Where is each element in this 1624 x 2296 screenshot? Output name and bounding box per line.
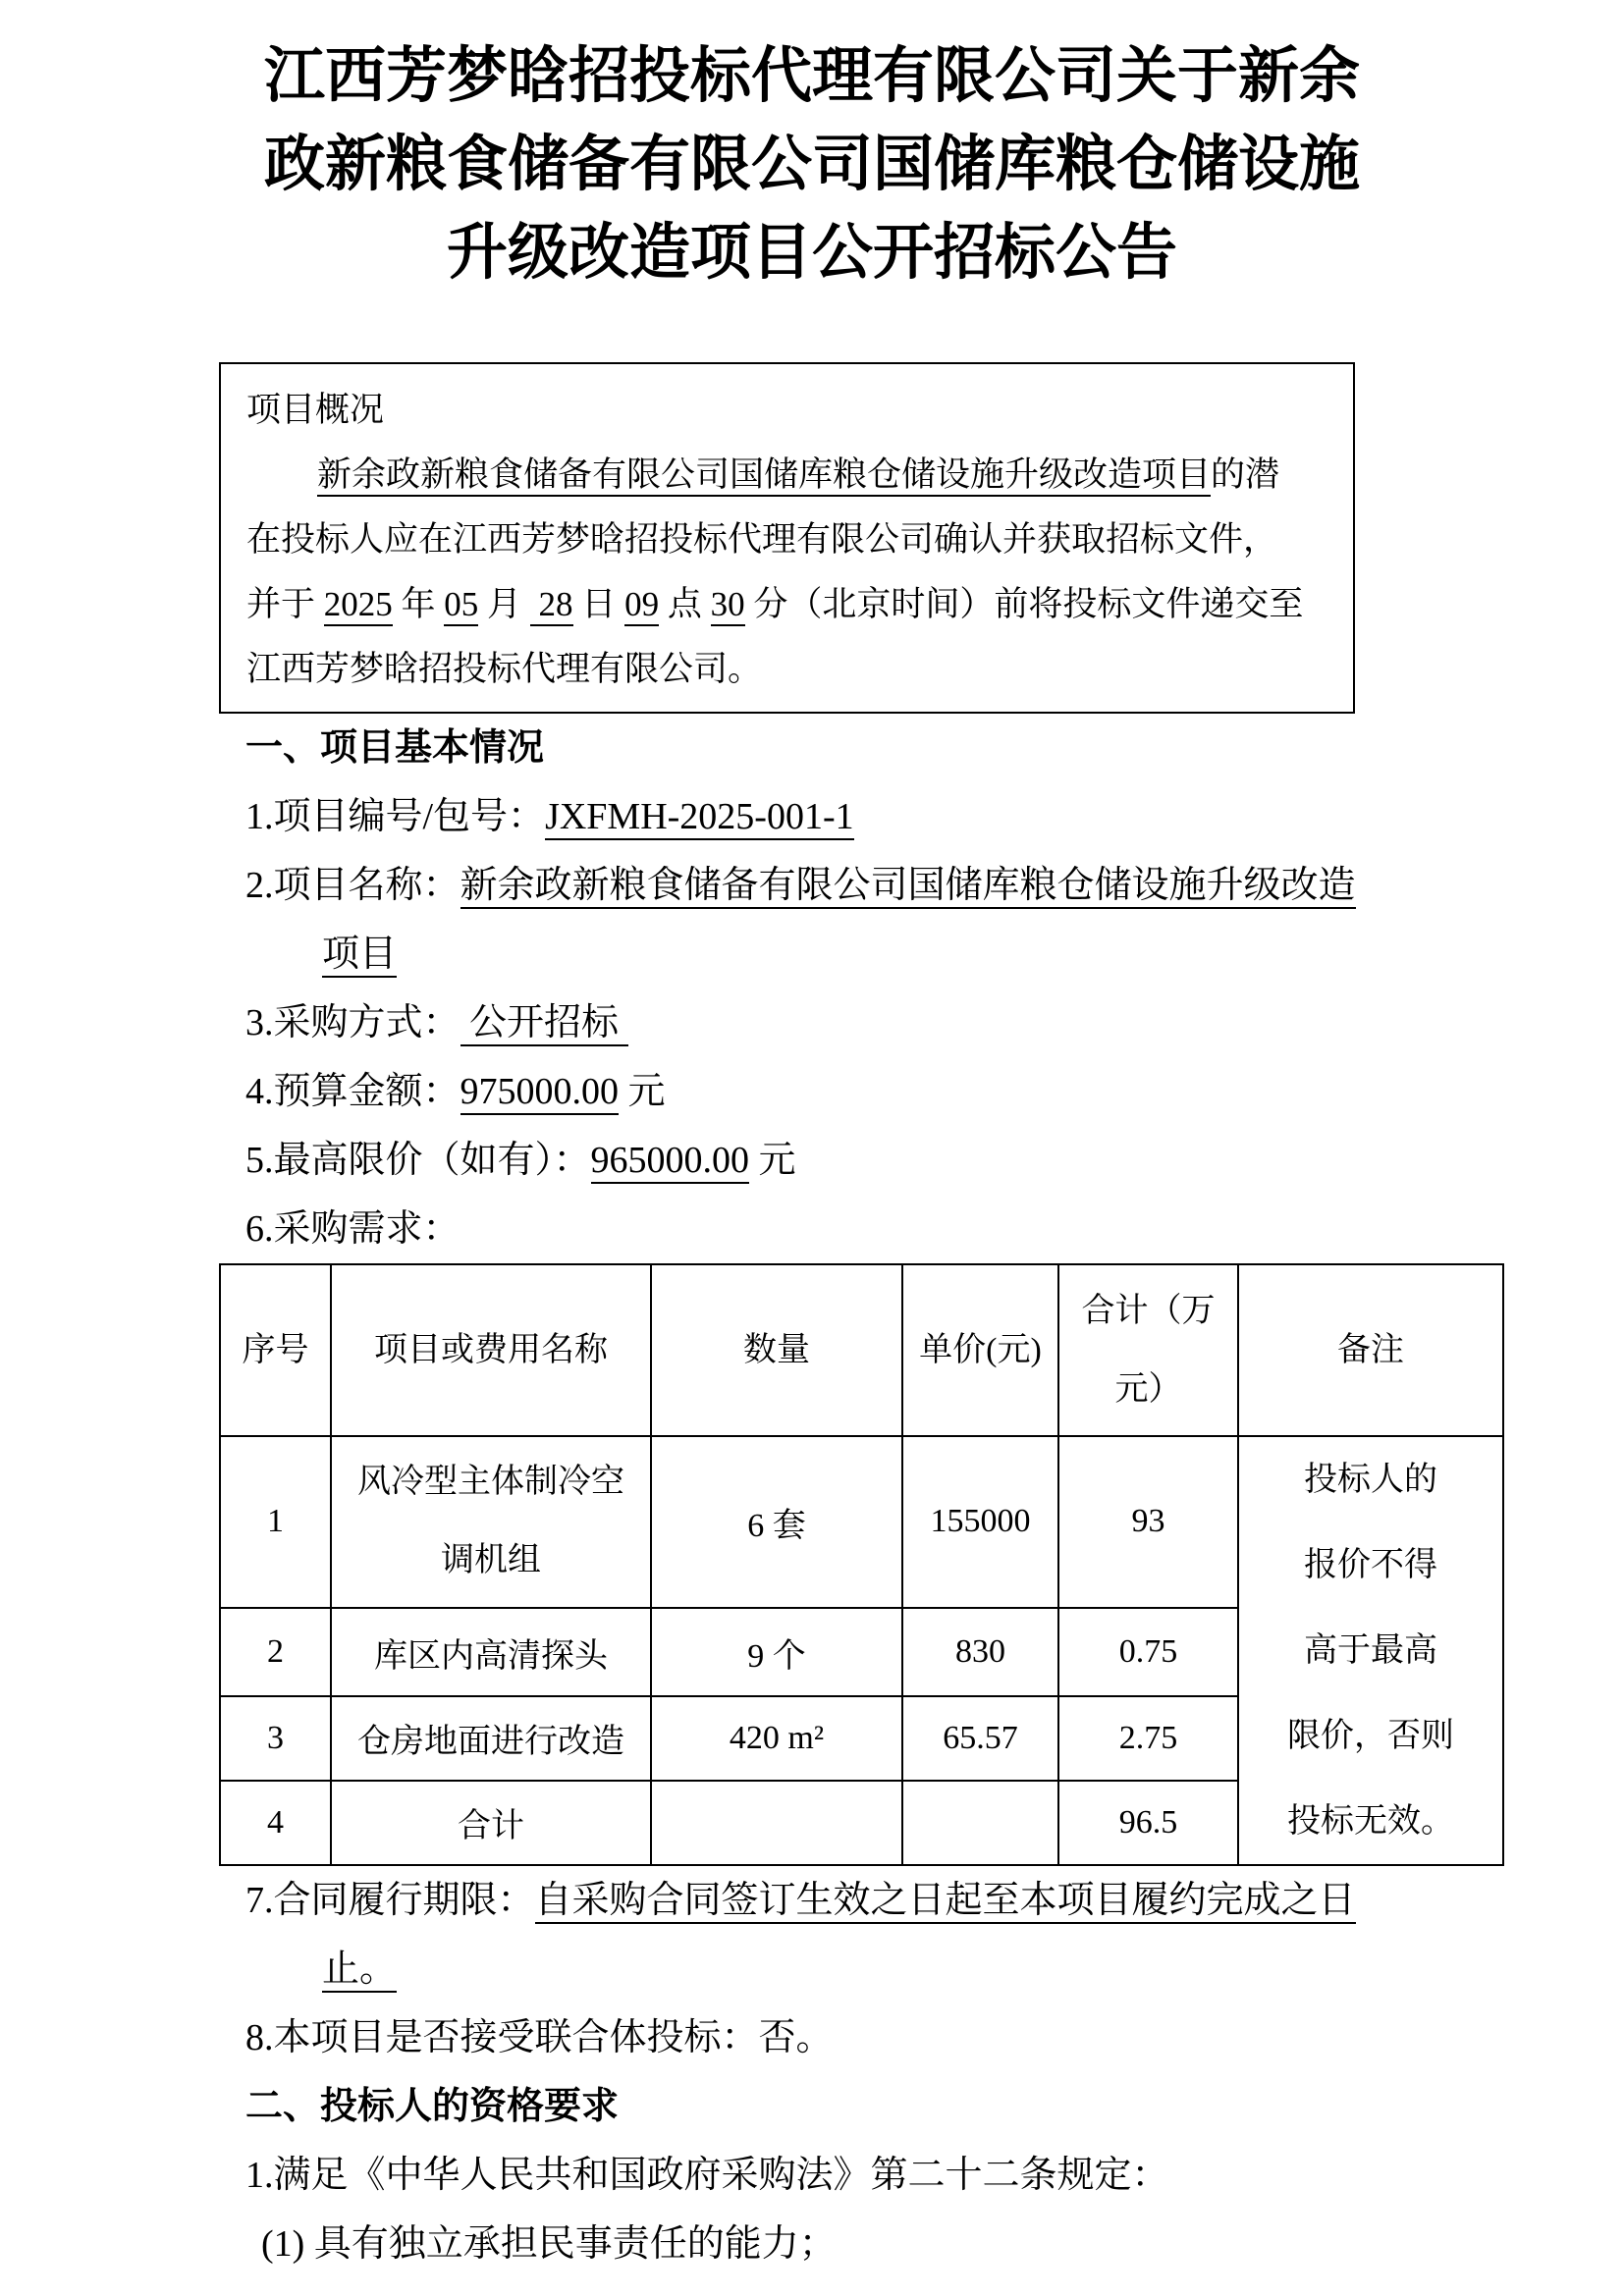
cell-r1-seq: 1 bbox=[220, 1436, 331, 1608]
section-1-heading: 一、项目基本情况 bbox=[245, 714, 1624, 782]
table-row: 1 风冷型主体制冷空 调机组 6 套 155000 93 投标人的 报价不得 高… bbox=[220, 1436, 1503, 1608]
item-contract-period: 7.合同履行期限：自采购合同签订生效之日起至本项目履约完成之日 bbox=[245, 1866, 1624, 1935]
col-header-unit-price: 单价(元) bbox=[902, 1264, 1058, 1436]
col-header-remark: 备注 bbox=[1238, 1264, 1503, 1436]
section-1: 一、项目基本情况 1.项目编号/包号：JXFMH-2025-001-1 2.项目… bbox=[245, 714, 1624, 1263]
item-max-price: 5.最高限价（如有）：965000.00 元 bbox=[245, 1126, 1624, 1195]
cell-r3-seq: 3 bbox=[220, 1696, 331, 1780]
item-contract-period-cont: 止。 bbox=[245, 1935, 1624, 2003]
cell-r2-seq: 2 bbox=[220, 1608, 331, 1696]
overview-line-3: 并于 2025 年 05 月 28 日 09 点 30 分（北京时间）前将投标文… bbox=[246, 572, 1327, 637]
cell-r3-qty: 420 m² bbox=[651, 1696, 902, 1780]
cell-r1-unit: 155000 bbox=[902, 1436, 1058, 1608]
cell-r1-total: 93 bbox=[1058, 1436, 1238, 1608]
announcement-page: 江西芳梦晗招投标代理有限公司关于新余 政新粮食储备有限公司国储库粮仓储设施 升级… bbox=[0, 0, 1624, 2296]
section-2-heading: 二、投标人的资格要求 bbox=[245, 2072, 1624, 2141]
project-overview-box: 项目概况 新余政新粮食储备有限公司国储库粮仓储设施升级改造项目的潜 在投标人应在… bbox=[219, 362, 1355, 714]
item-law-requirement: 1.满足《中华人民共和国政府采购法》第二十二条规定： bbox=[245, 2141, 1624, 2210]
col-header-seq: 序号 bbox=[220, 1264, 331, 1436]
procurement-table: 序号 项目或费用名称 数量 单价(元) 合计（万元） 备注 1 风冷型主体制冷空… bbox=[219, 1263, 1504, 1866]
announcement-title: 江西芳梦晗招投标代理有限公司关于新余 政新粮食储备有限公司国储库粮仓储设施 升级… bbox=[0, 0, 1624, 297]
cell-r3-unit: 65.57 bbox=[902, 1696, 1058, 1780]
item-project-number: 1.项目编号/包号：JXFMH-2025-001-1 bbox=[245, 782, 1624, 851]
overview-line-2: 在投标人应在江西芳梦晗招投标代理有限公司确认并获取招标文件， bbox=[246, 507, 1327, 572]
col-header-quantity: 数量 bbox=[651, 1264, 902, 1436]
cell-r2-name: 库区内高清探头 bbox=[331, 1608, 651, 1696]
cell-r2-unit: 830 bbox=[902, 1608, 1058, 1696]
cell-r3-name: 仓房地面进行改造 bbox=[331, 1696, 651, 1780]
overview-heading: 项目概况 bbox=[246, 378, 1327, 443]
cell-r4-seq: 4 bbox=[220, 1781, 331, 1865]
cell-r2-total: 0.75 bbox=[1058, 1608, 1238, 1696]
cell-r4-qty bbox=[651, 1781, 902, 1865]
item-project-name: 2.项目名称：新余政新粮食储备有限公司国储库粮仓储设施升级改造 bbox=[245, 851, 1624, 920]
overview-line-4: 江西芳梦晗招投标代理有限公司。 bbox=[246, 637, 1327, 702]
item-project-name-cont: 项目 bbox=[245, 920, 1624, 988]
cell-r3-total: 2.75 bbox=[1058, 1696, 1238, 1780]
item-procurement-method: 3.采购方式： 公开招标 bbox=[245, 988, 1624, 1057]
item-procurement-demand: 6.采购需求： bbox=[245, 1195, 1624, 1263]
cell-r2-qty: 9 个 bbox=[651, 1608, 902, 1696]
overview-line-1: 新余政新粮食储备有限公司国储库粮仓储设施升级改造项目的潜 bbox=[246, 443, 1327, 507]
col-header-item-name: 项目或费用名称 bbox=[331, 1264, 651, 1436]
section-2: 7.合同履行期限：自采购合同签订生效之日起至本项目履约完成之日 止。 8.本项目… bbox=[245, 1866, 1624, 2278]
title-line-1: 江西芳梦晗招投标代理有限公司关于新余 bbox=[0, 32, 1624, 121]
remark-cell: 投标人的 报价不得 高于最高 限价，否则 投标无效。 bbox=[1238, 1436, 1503, 1865]
cell-r1-qty: 6 套 bbox=[651, 1436, 902, 1608]
cell-r4-total: 96.5 bbox=[1058, 1781, 1238, 1865]
title-line-3: 升级改造项目公开招标公告 bbox=[0, 209, 1624, 297]
cell-r1-name: 风冷型主体制冷空 调机组 bbox=[331, 1436, 651, 1608]
item-civil-liability: (1) 具有独立承担民事责任的能力； bbox=[245, 2210, 1624, 2278]
cell-r4-name: 合计 bbox=[331, 1781, 651, 1865]
title-line-2: 政新粮食储备有限公司国储库粮仓储设施 bbox=[0, 121, 1624, 209]
cell-r4-unit bbox=[902, 1781, 1058, 1865]
item-budget-amount: 4.预算金额：975000.00 元 bbox=[245, 1057, 1624, 1126]
table-header-row: 序号 项目或费用名称 数量 单价(元) 合计（万元） 备注 bbox=[220, 1264, 1503, 1436]
item-consortium: 8.本项目是否接受联合体投标：否。 bbox=[245, 2003, 1624, 2072]
col-header-total: 合计（万元） bbox=[1058, 1264, 1238, 1436]
